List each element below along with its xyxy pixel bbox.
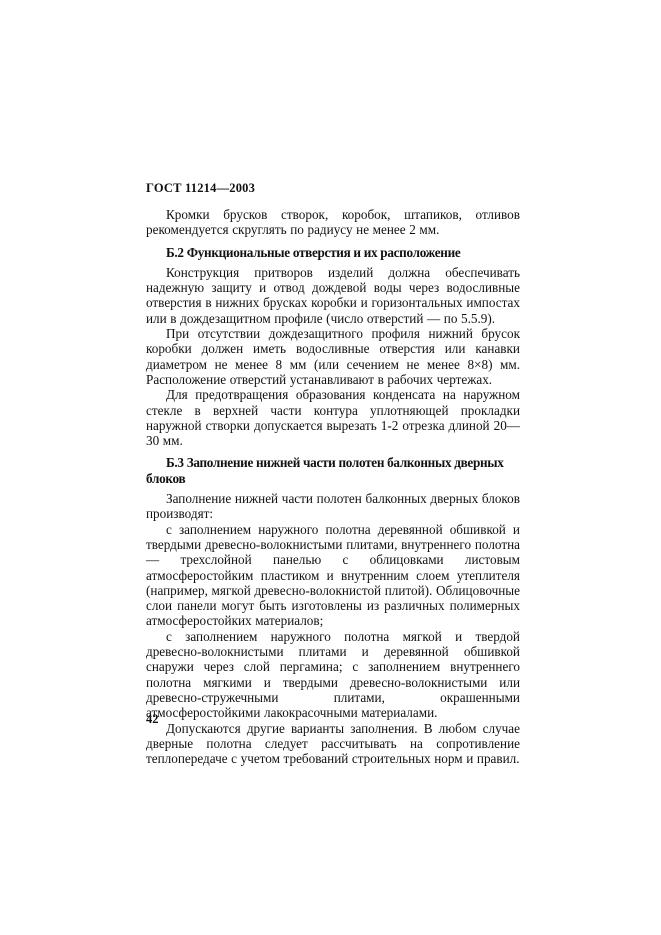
document-code: ГОСТ 11214—2003: [146, 181, 520, 195]
paragraph: Конструкция притворов изделий должна обе…: [146, 265, 520, 326]
text-column: ГОСТ 11214—2003 Кромки брусков створок, …: [146, 181, 520, 766]
paragraph: При отсутствии дождезащитного профиля ни…: [146, 326, 520, 387]
section-heading-b3: Б.3 Заполнение нижней части полотен балк…: [146, 455, 520, 486]
section-heading-b2: Б.2 Функциональные отверстия и их распол…: [146, 245, 520, 260]
paragraph: Заполнение нижней части полотен балконны…: [146, 491, 520, 522]
paragraph: Кромки брусков створок, коробок, штапико…: [146, 207, 520, 238]
document-page: ГОСТ 11214—2003 Кромки брусков створок, …: [0, 0, 661, 935]
paragraph: с заполнением наружного полотна деревянн…: [146, 522, 520, 629]
paragraph: Для предотвращения образования конденсат…: [146, 387, 520, 448]
paragraph: Допускаются другие варианты заполнения. …: [146, 721, 520, 767]
paragraph: с заполнением наружного полотна мягкой и…: [146, 629, 520, 721]
page-number: 42: [146, 712, 159, 727]
